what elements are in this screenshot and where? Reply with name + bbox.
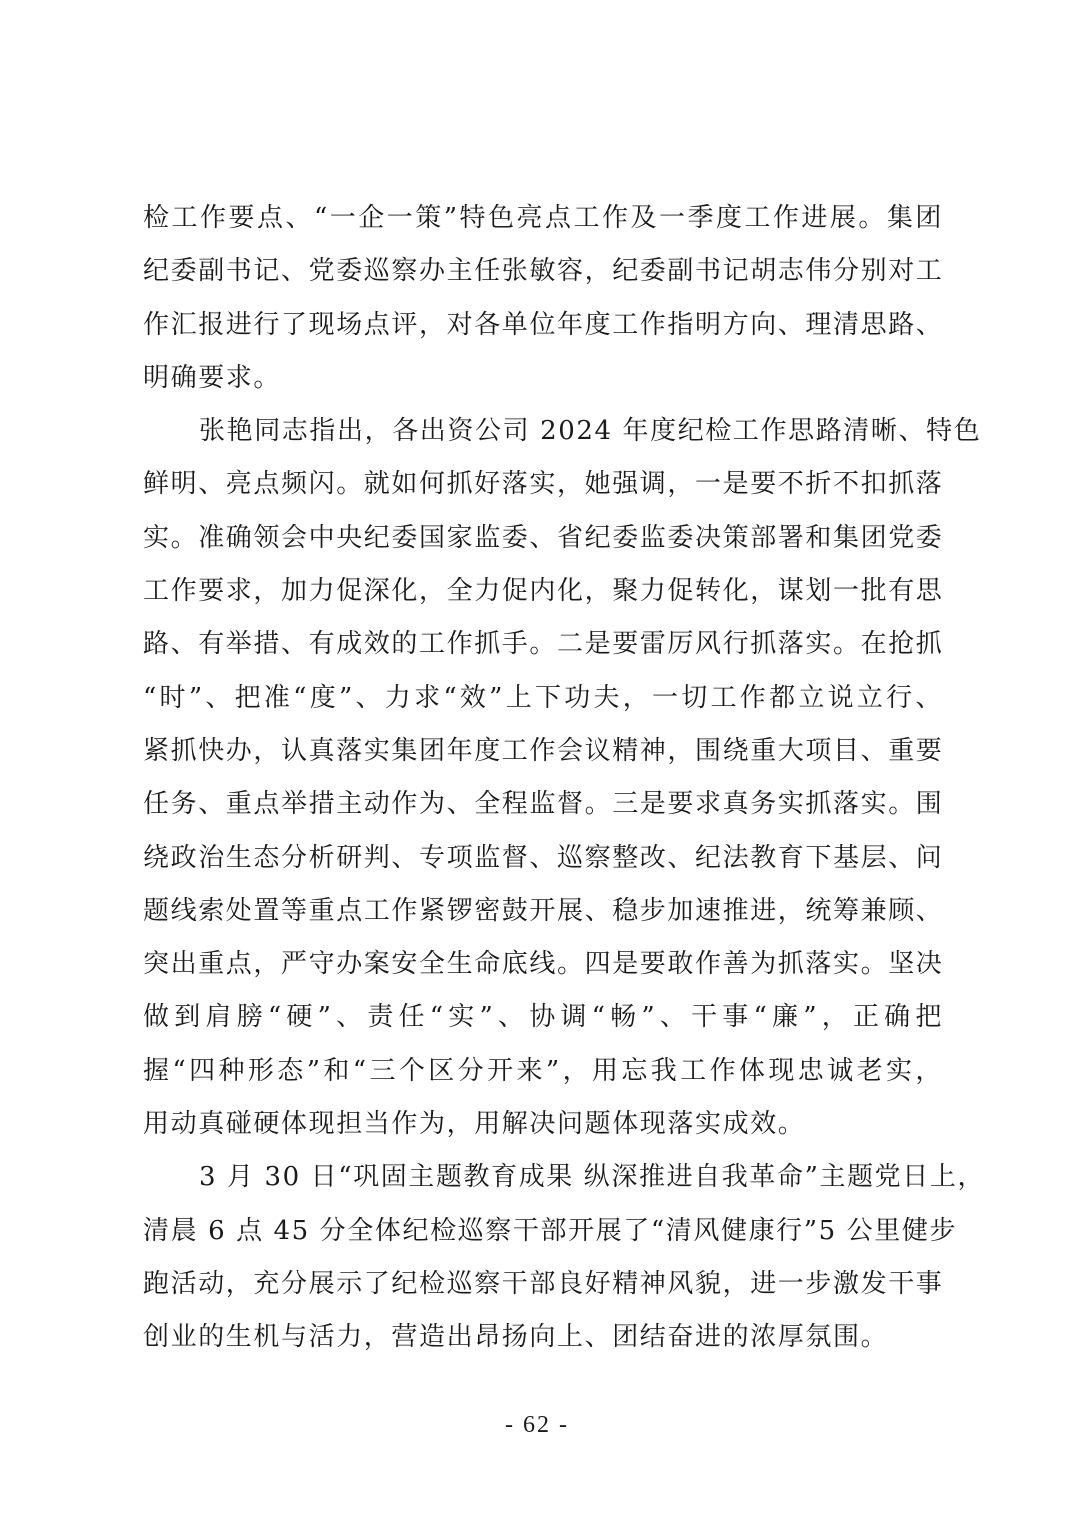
- text-line: 检工作要点、“一企一策”特色亮点工作及一季度工作进展。集团: [143, 192, 943, 245]
- text-line: 作汇报进行了现场点评，对各单位年度工作指明方向、理清思路、: [143, 299, 943, 352]
- text-line: 张艳同志指出，各出资公司 2024 年度纪检工作思路清晰、特色: [143, 405, 943, 458]
- text-line: 做到肩膀“硬”、责任“实”、协调“畅”、干事“廉”，正确把: [143, 991, 943, 1044]
- text-line: 突出重点，严守办案安全生命底线。四是要敢作善为抓落实。坚决: [143, 938, 943, 991]
- text-line: 鲜明、亮点频闪。就如何抓好落实，她强调，一是要不折不扣抓落: [143, 458, 943, 511]
- paragraph-2: 张艳同志指出，各出资公司 2024 年度纪检工作思路清晰、特色 鲜明、亮点频闪。…: [143, 405, 943, 1151]
- text-line: 工作要求，加力促深化，全力促内化，聚力促转化，谋划一批有思: [143, 565, 943, 618]
- text-line: 绕政治生态分析研判、专项监督、巡察整改、纪法教育下基层、问: [143, 832, 943, 885]
- text-line: 跑活动，充分展示了纪检巡察干部良好精神风貌，进一步激发干事: [143, 1258, 943, 1311]
- text-line: 明确要求。: [143, 352, 943, 405]
- text-line: 3 月 30 日“巩固主题教育成果 纵深推进自我革命”主题党日上，: [143, 1151, 943, 1204]
- text-line: 握“四种形态”和“三个区分开来”，用忘我工作体现忠诚老实，: [143, 1045, 943, 1098]
- text-line: 题线索处置等重点工作紧锣密鼓开展、稳步加速推进，统筹兼顾、: [143, 885, 943, 938]
- document-body: 检工作要点、“一企一策”特色亮点工作及一季度工作进展。集团 纪委副书记、党委巡察…: [143, 192, 943, 1365]
- text-line: 路、有举措、有成效的工作抓手。二是要雷厉风行抓落实。在抢抓: [143, 618, 943, 671]
- text-line: 用动真碰硬体现担当作为，用解决问题体现落实成效。: [143, 1098, 943, 1151]
- text-line: 紧抓快办，认真落实集团年度工作会议精神，围绕重大项目、重要: [143, 725, 943, 778]
- text-line: “时”、把准“度”、力求“效”上下功夫，一切工作都立说立行、: [143, 672, 943, 725]
- text-line: 创业的生机与活力，营造出昂扬向上、团结奋进的浓厚氛围。: [143, 1311, 943, 1364]
- paragraph-1: 检工作要点、“一企一策”特色亮点工作及一季度工作进展。集团 纪委副书记、党委巡察…: [143, 192, 943, 405]
- text-line: 清晨 6 点 45 分全体纪检巡察干部开展了“清风健康行”5 公里健步: [143, 1205, 943, 1258]
- text-line: 实。准确领会中央纪委国家监委、省纪委监委决策部署和集团党委: [143, 512, 943, 565]
- paragraph-3: 3 月 30 日“巩固主题教育成果 纵深推进自我革命”主题党日上， 清晨 6 点…: [143, 1151, 943, 1364]
- page-number: - 62 -: [0, 1412, 1074, 1439]
- text-line: 任务、重点举措主动作为、全程监督。三是要求真务实抓落实。围: [143, 778, 943, 831]
- text-line: 纪委副书记、党委巡察办主任张敏容，纪委副书记胡志伟分别对工: [143, 245, 943, 298]
